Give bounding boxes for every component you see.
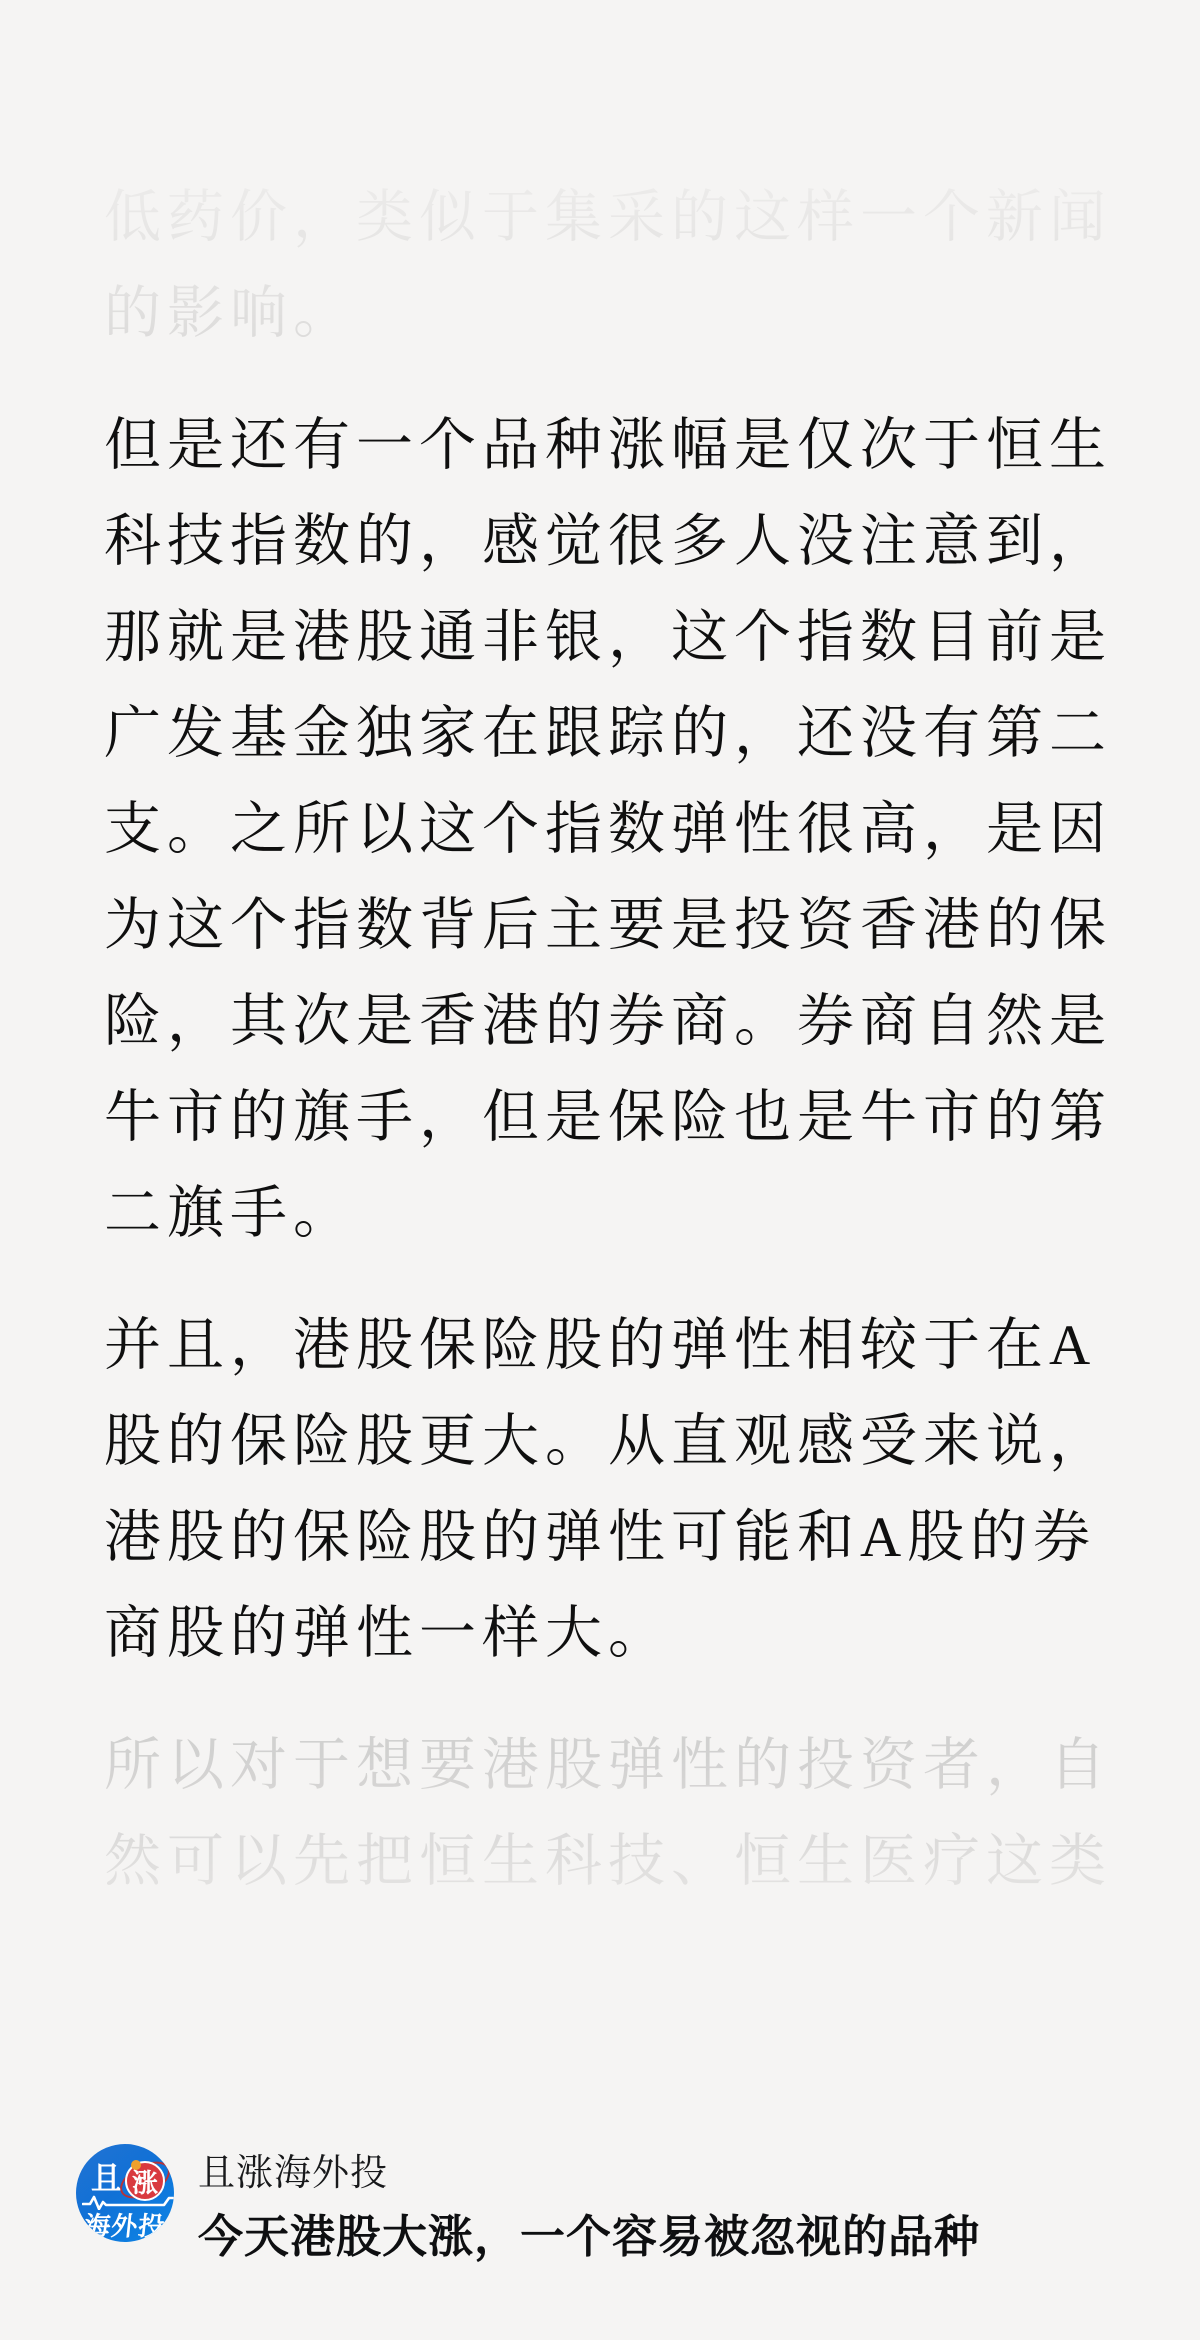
text-line: 低药价，类似于集采的这样一个新闻	[104, 170, 1120, 266]
logo-orange-dot-icon	[131, 2160, 141, 2170]
text-line: 但是还有一个品种涨幅是仅次于恒生	[104, 398, 1120, 494]
paragraph-main-2: 并且，港股保险股的弹性相较于在A股的保险股更大。从直观感受来说，港股的保险股的弹…	[104, 1298, 1120, 1682]
article-title: 今天港股大涨，一个容易被忽视的品种	[198, 2208, 980, 2266]
text-line: 牛市的旗手，但是保险也是牛市的第	[104, 1070, 1120, 1166]
footer-texts: 且涨海外投 今天港股大涨，一个容易被忽视的品种	[198, 2144, 980, 2266]
logo-char-haiwaitou: 海外投	[83, 2206, 168, 2242]
paragraph-faded-bottom: 所以对于想要港股弹性的投资者，自然可以先把恒生科技、恒生医疗这类	[104, 1718, 1120, 1910]
logo-char-qie: 且	[91, 2163, 122, 2194]
text-line: 广发基金独家在跟踪的，还没有第二	[104, 686, 1120, 782]
text-line: 那就是港股通非银，这个指数目前是	[104, 590, 1120, 686]
article-text: 低药价，类似于集采的这样一个新闻的影响。 但是还有一个品种涨幅是仅次于恒生科技指…	[0, 0, 1200, 1910]
text-line: 支。之所以这个指数弹性很高，是因	[104, 782, 1120, 878]
paragraph-main-1: 但是还有一个品种涨幅是仅次于恒生科技指数的，感觉很多人没注意到，那就是港股通非银…	[104, 398, 1120, 1262]
text-line: 股的保险股更大。从直观感受来说，	[104, 1394, 1120, 1490]
text-line: 然可以先把恒生科技、恒生医疗这类	[104, 1814, 1120, 1910]
article-screenshot-page: 低药价，类似于集采的这样一个新闻的影响。 但是还有一个品种涨幅是仅次于恒生科技指…	[0, 0, 1200, 2340]
text-line: 为这个指数背后主要是投资香港的保	[104, 878, 1120, 974]
text-line: 商股的弹性一样大。	[104, 1586, 1120, 1682]
text-line: 二旗手。	[104, 1166, 1120, 1262]
account-name: 且涨海外投	[198, 2148, 980, 2198]
text-line: 所以对于想要港股弹性的投资者，自	[104, 1718, 1120, 1814]
text-line: 险，其次是香港的券商。券商自然是	[104, 974, 1120, 1070]
brand-logo-icon: 且 涨 海外投	[76, 2144, 174, 2242]
paragraph-faded-top: 低药价，类似于集采的这样一个新闻的影响。	[104, 170, 1120, 362]
text-line: 科技指数的，感觉很多人没注意到，	[104, 494, 1120, 590]
text-line: 的影响。	[104, 266, 1120, 362]
text-line: 港股的保险股的弹性可能和A股的券	[104, 1490, 1120, 1586]
text-line: 并且，港股保险股的弹性相较于在A	[104, 1298, 1120, 1394]
footer: 且 涨 海外投 且涨海外投 今天港股大涨，一个容易被忽视的品种	[76, 2144, 980, 2266]
